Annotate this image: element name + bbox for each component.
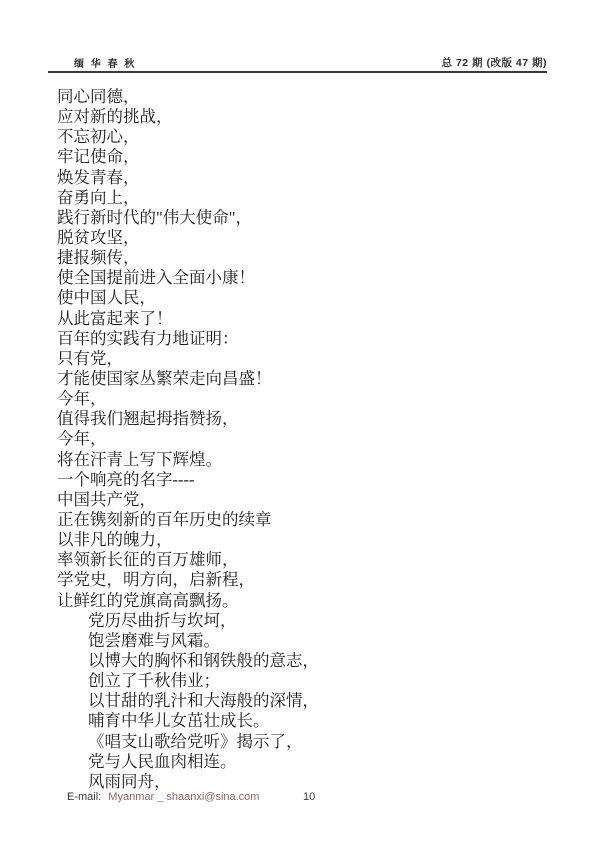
poem-line: 使全国提前进入全面小康！: [57, 268, 580, 288]
poem-line: 饱尝磨难与风霜。: [57, 631, 580, 651]
poem-line: 哺育中华儿女茁壮成长。: [57, 711, 580, 731]
poem-line: 学党史，明方向，启新程，: [57, 570, 580, 590]
poem-line: 百年的实践有力地证明：: [57, 329, 580, 349]
poem-line: 同心同德，: [57, 87, 580, 107]
poem-line: 党历尽曲折与坎坷，: [57, 611, 580, 631]
page-footer: E-mail: Myanmar _ shaanxi@sina.com 10: [0, 791, 600, 807]
poem-line: 以非凡的魄力，: [57, 530, 580, 550]
journal-title: 缅 华 春 秋: [48, 55, 136, 70]
poem-line: 奋勇向上，: [57, 188, 580, 208]
poem-line: 值得我们翘起拇指赞扬，: [57, 409, 580, 429]
poem-line: 践行新时代的"伟大使命"，: [57, 208, 580, 228]
poem-line: 不忘初心，: [57, 127, 580, 147]
issue-info: 总 72 期 (改版 47 期): [442, 55, 547, 70]
poem-line: 以博大的胸怀和钢铁般的意志，: [57, 651, 580, 671]
page-number: 10: [303, 791, 315, 803]
document-page: 缅 华 春 秋 总 72 期 (改版 47 期) 同心同德，应对新的挑战，不忘初…: [0, 0, 600, 848]
poem-line: 率领新长征的百万雄师，: [57, 550, 580, 570]
poem-line: 正在镌刻新的百年历史的续章: [57, 510, 580, 530]
poem-line: 《唱支山歌给党听》揭示了，: [57, 732, 580, 752]
poem-line: 风雨同舟，: [57, 772, 580, 792]
poem-line: 党与人民血肉相连。: [57, 752, 580, 772]
poem-line: 只有党，: [57, 349, 580, 369]
poem-line: 创立了千秋伟业；: [57, 671, 580, 691]
poem-line: 一个响亮的名字----: [57, 470, 580, 490]
poem-line: 应对新的挑战，: [57, 107, 580, 127]
poem-line: 中国共产党，: [57, 490, 580, 510]
poem-line: 今年，: [57, 389, 580, 409]
poem-line: 才能使国家丛繁荣走向昌盛！: [57, 369, 580, 389]
poem-line: 焕发青春，: [57, 168, 580, 188]
header-rule: [48, 71, 547, 73]
email-address: Myanmar _ shaanxi@sina.com: [108, 791, 259, 803]
poem: 同心同德，应对新的挑战，不忘初心，牢记使命，焕发青春，奋勇向上，践行新时代的"伟…: [57, 87, 580, 792]
poem-line: 使中国人民，: [57, 288, 580, 308]
poem-line: 捷报频传，: [57, 248, 580, 268]
poem-line: 以甘甜的乳汁和大海般的深情，: [57, 691, 580, 711]
poem-line: 脱贫攻坚，: [57, 228, 580, 248]
email-label: E-mail:: [67, 791, 101, 803]
poem-line: 将在汗青上写下辉煌。: [57, 450, 580, 470]
email-line: E-mail: Myanmar _ shaanxi@sina.com: [67, 791, 259, 803]
poem-line: 牢记使命，: [57, 147, 580, 167]
poem-line: 今年，: [57, 429, 580, 449]
poem-line: 让鲜红的党旗高高飘扬。: [57, 591, 580, 611]
poem-line: 从此富起来了！: [57, 309, 580, 329]
page-header: 缅 华 春 秋 总 72 期 (改版 47 期): [48, 54, 547, 70]
